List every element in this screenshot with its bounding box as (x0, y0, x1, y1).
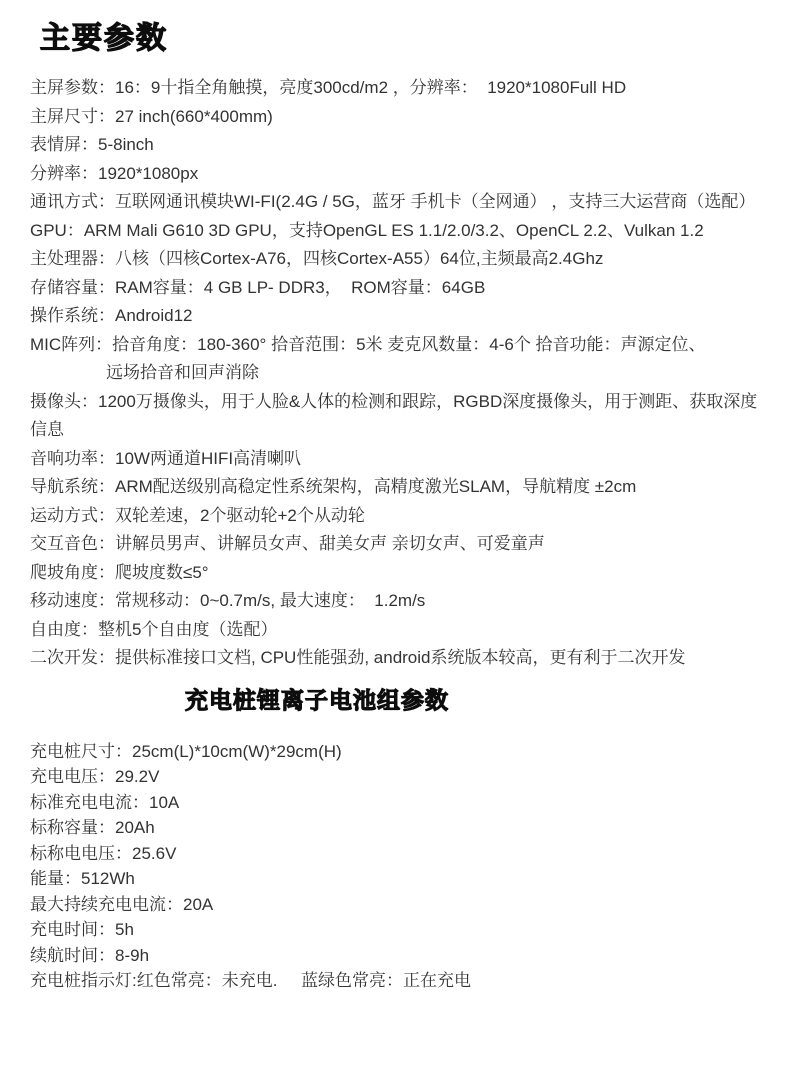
spec-line-mic-array-cont: 远场拾音和回声消除 (30, 359, 772, 388)
spec-line-communication: 通讯方式：互联网通讯模块WI-FI(2.4G / 5G，蓝牙 手机卡（全网通） … (30, 188, 772, 217)
spec-line-indicator-light: 充电桩指示灯:红色常亮：未充电. 蓝绿色常亮：正在充电 (30, 968, 772, 994)
spec-line-voice-timbre: 交互音色：讲解员男声、讲解员女声、甜美女声 亲切女声、可爱童声 (30, 530, 772, 559)
spec-line-pile-size: 充电桩尺寸：25cm(L)*10cm(W)*29cm(H) (30, 739, 772, 765)
battery-parameters-title: 充电桩锂离子电池组参数 (185, 685, 772, 715)
spec-line-speaker-power: 音响功率：10W两通道HIFI高清喇叭 (30, 445, 772, 474)
spec-line-max-current: 最大持续充电电流：20A (30, 892, 772, 918)
spec-line-screen-params: 主屏参数：16：9十指全角触摸，亮度300cd/m2 ，分辨率： 1920*10… (30, 74, 772, 103)
spec-line-gpu: GPU：ARM Mali G610 3D GPU，支持OpenGL ES 1.1… (30, 217, 772, 246)
spec-line-storage: 存储容量：RAM容量：4 GB LP- DDR3， ROM容量：64GB (30, 274, 772, 303)
spec-line-navigation: 导航系统：ARM配送级别高稳定性系统架构，高精度激光SLAM，导航精度 ±2cm (30, 473, 772, 502)
spec-line-secondary-dev: 二次开发：提供标准接口文档, CPU性能强劲, android系统版本较高，更有… (30, 644, 772, 673)
spec-line-camera: 摄像头：1200万摄像头，用于人脸&人体的检测和跟踪，RGBD深度摄像头，用于测… (30, 388, 772, 445)
spec-line-resolution: 分辨率：1920*1080px (30, 160, 772, 189)
spec-line-face-screen: 表情屏：5-8inch (30, 131, 772, 160)
spec-line-motion: 运动方式：双轮差速，2个驱动轮+2个从动轮 (30, 502, 772, 531)
spec-line-cpu: 主处理器：八核（四核Cortex-A76，四核Cortex-A55）64位,主频… (30, 245, 772, 274)
spec-line-mic-array: MIC阵列：拾音角度：180-360° 拾音范围：5米 麦克风数量：4-6个 拾… (30, 331, 772, 360)
spec-line-os: 操作系统：Android12 (30, 302, 772, 331)
spec-sheet: 主要参数 主屏参数：16：9十指全角触摸，亮度300cd/m2 ，分辨率： 19… (0, 0, 790, 994)
spec-line-move-speed: 移动速度：常规移动：0~0.7m/s, 最大速度： 1.2m/s (30, 587, 772, 616)
main-parameters-title: 主要参数 (40, 20, 772, 58)
spec-line-dof: 自由度：整机5个自由度（选配） (30, 616, 772, 645)
battery-parameters-list: 充电桩尺寸：25cm(L)*10cm(W)*29cm(H) 充电电压：29.2V… (30, 739, 772, 994)
spec-line-charge-time: 充电时间：5h (30, 917, 772, 943)
main-parameters-list: 主屏参数：16：9十指全角触摸，亮度300cd/m2 ，分辨率： 1920*10… (30, 74, 772, 673)
spec-line-rated-capacity: 标称容量：20Ah (30, 815, 772, 841)
spec-line-climb-angle: 爬坡角度：爬坡度数≤5° (30, 559, 772, 588)
spec-line-energy: 能量：512Wh (30, 866, 772, 892)
spec-line-std-current: 标准充电电流：10A (30, 790, 772, 816)
spec-line-rated-voltage: 标称电电压：25.6V (30, 841, 772, 867)
spec-line-screen-size: 主屏尺寸：27 inch(660*400mm) (30, 103, 772, 132)
spec-line-endurance-time: 续航时间：8-9h (30, 943, 772, 969)
spec-line-charge-voltage: 充电电压：29.2V (30, 764, 772, 790)
